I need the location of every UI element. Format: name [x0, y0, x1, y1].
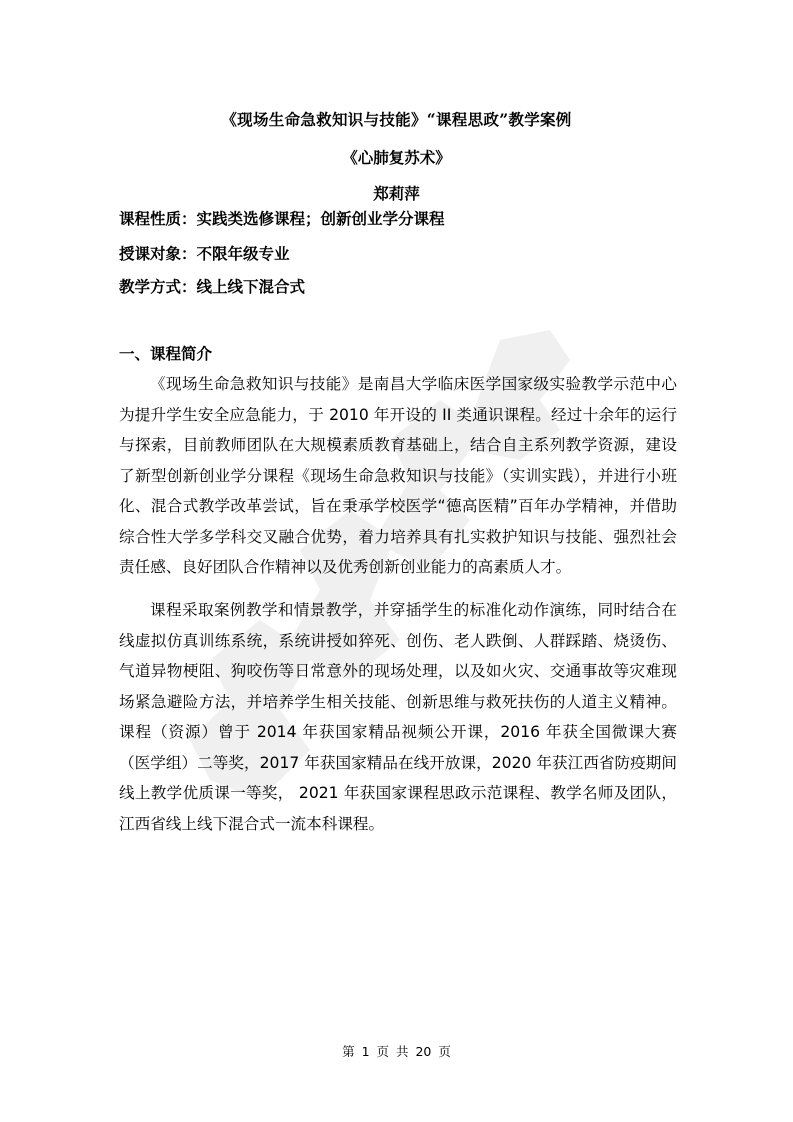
- meta-value: 线上线下混合式: [197, 277, 306, 296]
- meta-label: 课程性质：: [119, 209, 197, 228]
- paragraph: 《现场生命急救知识与技能》是南昌大学临床医学国家级实验教学示范中心为提升学生安全…: [119, 369, 677, 583]
- meta-course-nature: 课程性质：实践类选修课程；创新创业学分课程: [119, 207, 445, 229]
- section-heading: 一、课程简介: [119, 342, 212, 364]
- document-subtitle: 《心肺复苏术》: [0, 146, 793, 168]
- document-title: 《现场生命急救知识与技能》“课程思政”教学案例: [0, 108, 793, 130]
- meta-audience: 授课对象：不限年级专业: [119, 242, 290, 264]
- page-number: 第 1 页 共 20 页: [0, 1042, 793, 1060]
- paragraph: 课程采取案例教学和情景教学，并穿插学生的标准化动作演练，同时结合在线虚拟仿真训练…: [119, 595, 677, 839]
- meta-teaching-mode: 教学方式：线上线下混合式: [119, 275, 305, 297]
- meta-label: 授课对象：: [119, 244, 197, 263]
- meta-value: 不限年级专业: [197, 244, 290, 263]
- document-page: 《现场生命急救知识与技能》“课程思政”教学案例 《心肺复苏术》 郑莉萍 课程性质…: [0, 0, 793, 1122]
- meta-label: 教学方式：: [119, 277, 197, 296]
- meta-value: 实践类选修课程；创新创业学分课程: [197, 209, 445, 228]
- author-name: 郑莉萍: [0, 182, 793, 204]
